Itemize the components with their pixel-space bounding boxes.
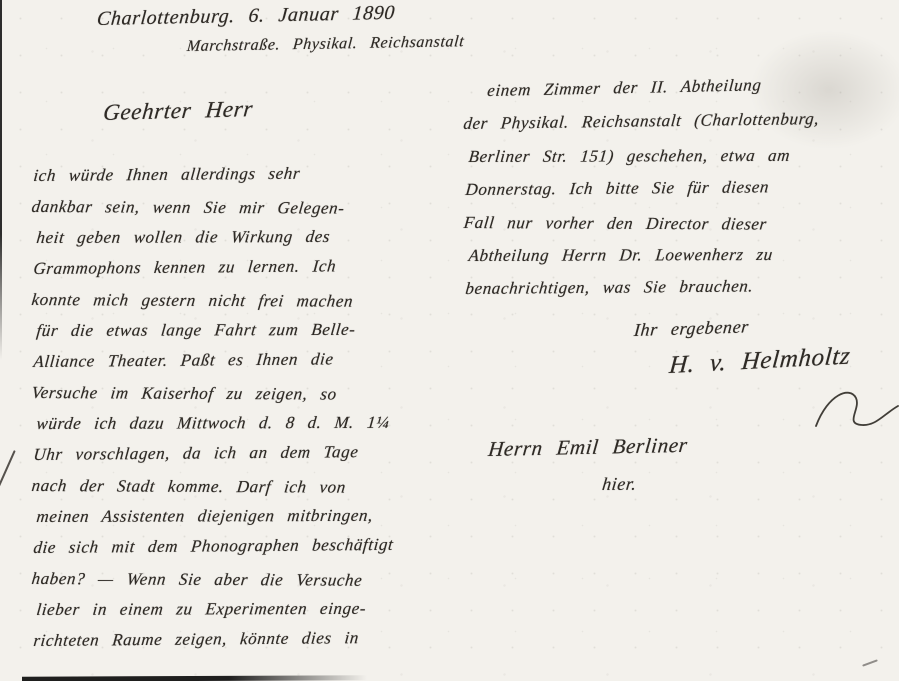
letter-line: Versuche im Kaiserhof zu zeigen, so <box>30 377 458 410</box>
letter-line: Uhr vorschlagen, da ich an dem Tage <box>32 435 458 470</box>
stray-mark <box>862 659 878 666</box>
letter-scan: Charlottenburg. 6. Januar 1890 Marchstra… <box>0 0 899 681</box>
stray-pen-stroke <box>0 450 16 504</box>
letter-line: richteten Raume zeigen, könnte dies in <box>32 621 458 656</box>
letter-line: würde ich dazu Mittwoch d. 8 d. M. 1¼ <box>35 407 458 439</box>
signature-flourish <box>812 384 899 434</box>
scan-edge-left-artifact <box>0 0 2 360</box>
letter-body-left: ich würde Ihnen allerdings sehr dankbar … <box>30 160 455 656</box>
letter-line: Berliner Str. 151) geschehen, etwa am <box>467 139 898 173</box>
letter-line: konnte mich gestern nicht frei machen <box>30 284 458 317</box>
salutation: Geehrter Herr <box>102 96 254 126</box>
letter-body-right: einem Zimmer der II. Abtheilung der Phys… <box>462 74 894 305</box>
letter-line: Abtheilung Herrn Dr. Loewenherz zu <box>467 238 898 272</box>
letter-line: die sich mit dem Phonographen beschäftig… <box>32 528 458 563</box>
letter-line: benachrichtigen, was Sie brauchen. <box>464 268 898 305</box>
signature: H. v. Helmholtz <box>668 343 852 380</box>
letter-line: meinen Assistenten diejenigen mitbringen… <box>35 500 458 532</box>
letter-line: der Physikal. Reichsanstalt (Charlottenb… <box>462 101 898 140</box>
letter-line: heit geben wollen die Wirkung des <box>35 221 458 253</box>
letter-line: Fall nur vorher den Director dieser <box>462 206 897 241</box>
letter-line: einem Zimmer der II. Abtheilung <box>486 65 898 107</box>
letter-line: Grammophons kennen zu lernen. Ich <box>32 249 458 284</box>
letter-line: Alliance Theater. Paßt es Ihnen die <box>32 342 458 377</box>
sender-address: Marchstraße. Physikal. Reichsanstalt <box>186 33 465 56</box>
letter-line: für die etwas lange Fahrt zum Belle- <box>35 314 458 346</box>
closing-phrase: Ihr ergebener <box>633 316 750 341</box>
letter-line: Donnerstag. Ich bitte Sie für diesen <box>464 169 898 206</box>
recipient-name: Herrn Emil Berliner <box>487 433 689 462</box>
letter-line: dankbar sein, wenn Sie mir Gelegen- <box>30 191 458 224</box>
letter-line: nach der Stadt komme. Darf ich von <box>30 470 458 503</box>
scan-edge-bottom-artifact <box>22 675 367 681</box>
letter-line: haben? — Wenn Sie aber die Versuche <box>30 563 458 596</box>
letter-line: lieber in einem zu Experimenten einge- <box>35 593 458 625</box>
dateline: Charlottenburg. 6. Januar 1890 <box>96 2 396 31</box>
recipient-place: hier. <box>601 474 638 495</box>
letter-line: ich würde Ihnen allerdings sehr <box>32 156 458 191</box>
